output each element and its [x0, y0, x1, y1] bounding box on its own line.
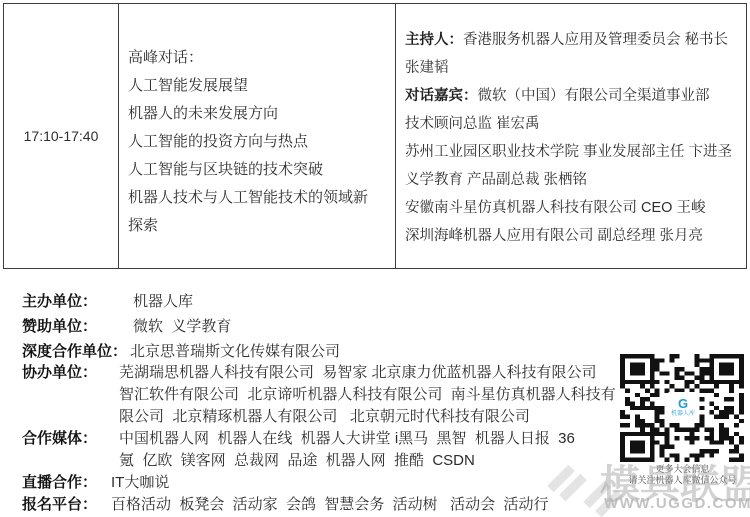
- footer-value-continued: 智汇软件有限公司 北京谛听机器人科技有限公司 南斗星仿真机器人科技有: [119, 386, 616, 404]
- guest-line: 技术顾问总监 崔宏禹: [405, 110, 742, 138]
- footer-value: 中国机器人网 机器人在线 机器人大讲堂 i黑马 黑智 机器人日报 36: [119, 430, 575, 448]
- watermark-url: WWW.UGGD.COM: [604, 495, 750, 512]
- topic-line: 人工智能发展展望: [128, 72, 389, 100]
- qr-caption: 更多大会信息 请关注机器人库微信公众号: [600, 464, 750, 486]
- topic-line: 人工智能与区块链的技术突破: [128, 156, 389, 184]
- guest-role-label: 主持人：: [405, 32, 463, 48]
- footer-value: 微软 义学教育: [133, 318, 231, 336]
- footer-label: 深度合作单位：: [22, 343, 130, 361]
- guest-text: 义学教育 产品副总裁 张栖铭: [405, 172, 587, 188]
- guest-line: 深圳海峰机器人应用有限公司 副总经理 张月亮: [405, 222, 742, 250]
- footer-row-deep-partner: 深度合作单位：北京思普瑞斯文化传媒有限公司: [22, 343, 340, 361]
- footer-label: 报名平台：: [22, 496, 111, 514]
- session-time: 17:10-17:40: [24, 128, 99, 144]
- guest-line: 义学教育 产品副总裁 张栖铭: [405, 166, 742, 194]
- guest-role-label: 对话嘉宾：: [405, 88, 478, 104]
- guest-text: 安徽南斗星仿真机器人科技有限公司 CEO 王峻: [405, 200, 705, 216]
- guest-line: 苏州工业园区职业技术学院 事业发展部主任 卞进圣: [405, 138, 742, 166]
- guest-line: 对话嘉宾：微软（中国）有限公司全渠道事业部: [405, 82, 742, 110]
- guest-line: 主持人：香港服务机器人应用及管理委员会 秘书长: [405, 26, 742, 54]
- footer-row-registration: 报名平台：百格活动 板凳会 活动家 会鸽 智慧会务 活动树 活动会 活动行: [22, 496, 549, 514]
- guest-text: 深圳海峰机器人应用有限公司 副总经理 张月亮: [405, 228, 703, 244]
- footer-row-sponsor: 赞助单位：微软 义学教育: [22, 318, 231, 336]
- footer-label: 主办单位：: [22, 293, 133, 311]
- topic-line: 高峰对话：: [128, 44, 389, 72]
- footer-label: 赞助单位：: [22, 318, 133, 336]
- guest-text: 香港服务机器人应用及管理委员会 秘书长: [463, 32, 728, 48]
- footer-value: 北京思普瑞斯文化传媒有限公司: [130, 343, 340, 361]
- topic-line: 机器人技术与人工智能技术的领域新: [128, 184, 389, 212]
- qr-code: G 机器人库: [620, 354, 744, 462]
- topic-line: 探索: [128, 212, 389, 240]
- watermark-chevron: [559, 474, 587, 502]
- footer-row-media: 合作媒体：中国机器人网 机器人在线 机器人大讲堂 i黑马 黑智 机器人日报 36: [22, 430, 575, 448]
- logo-letter: G: [678, 397, 688, 410]
- logo-text: 机器人库: [671, 411, 695, 417]
- guest-line: 张建韬: [405, 54, 742, 82]
- footer-row-coorganizer: 协办单位：芜湖瑞思机器人科技有限公司 易智家 北京康力优蓝机器人科技有限公司: [22, 364, 597, 382]
- guest-line: 安徽南斗星仿真机器人科技有限公司 CEO 王峻: [405, 194, 742, 222]
- footer-value: 百格活动 板凳会 活动家 会鸽 智慧会务 活动树 活动会 活动行: [111, 496, 549, 514]
- qr-caption-line2: 请关注机器人库微信公众号: [600, 475, 750, 486]
- footer-label: 合作媒体：: [22, 430, 119, 448]
- qr-caption-line1: 更多大会信息: [600, 464, 750, 475]
- footer-row-organizer: 主办单位：机器人库: [22, 293, 193, 311]
- footer-value: 机器人库: [133, 293, 193, 311]
- guest-text: 技术顾问总监 崔宏禹: [405, 116, 540, 132]
- footer-value-continued: 氪 亿欧 镁客网 总裁网 品途 机器人网 推酷 CSDN: [119, 452, 475, 470]
- footer-row-livestream: 直播合作：IT大咖说: [22, 474, 169, 492]
- footer-label: 直播合作：: [22, 474, 111, 492]
- footer-label: 协办单位：: [22, 364, 119, 382]
- guest-text: 苏州工业园区职业技术学院 事业发展部主任 卞进圣: [405, 144, 732, 160]
- guest-cell: 主持人：香港服务机器人应用及管理委员会 秘书长 张建韬 对话嘉宾：微软（中国）有…: [396, 4, 746, 268]
- qr-center-logo: G 机器人库: [667, 392, 699, 422]
- topic-line: 人工智能的投资方向与热点: [128, 128, 389, 156]
- agenda-page: 17:10-17:40 高峰对话： 人工智能发展展望 机器人的未来发展方向 人工…: [0, 0, 750, 517]
- footer-value: 芜湖瑞思机器人科技有限公司 易智家 北京康力优蓝机器人科技有限公司: [119, 364, 597, 382]
- topic-cell: 高峰对话： 人工智能发展展望 机器人的未来发展方向 人工智能的投资方向与热点 人…: [119, 4, 396, 268]
- watermark-chevron: [595, 490, 623, 517]
- time-cell: 17:10-17:40: [4, 4, 119, 268]
- guest-text: 张建韬: [405, 60, 449, 76]
- schedule-table: 17:10-17:40 高峰对话： 人工智能发展展望 机器人的未来发展方向 人工…: [3, 3, 747, 269]
- guest-text: 微软（中国）有限公司全渠道事业部: [478, 88, 710, 104]
- footer-value-continued: 限公司 北京精琢机器人有限公司 北京朝元时代科技有限公司: [119, 408, 530, 426]
- watermark-chevron: [547, 465, 575, 493]
- topic-line: 机器人的未来发展方向: [128, 100, 389, 128]
- footer-value: IT大咖说: [111, 474, 169, 492]
